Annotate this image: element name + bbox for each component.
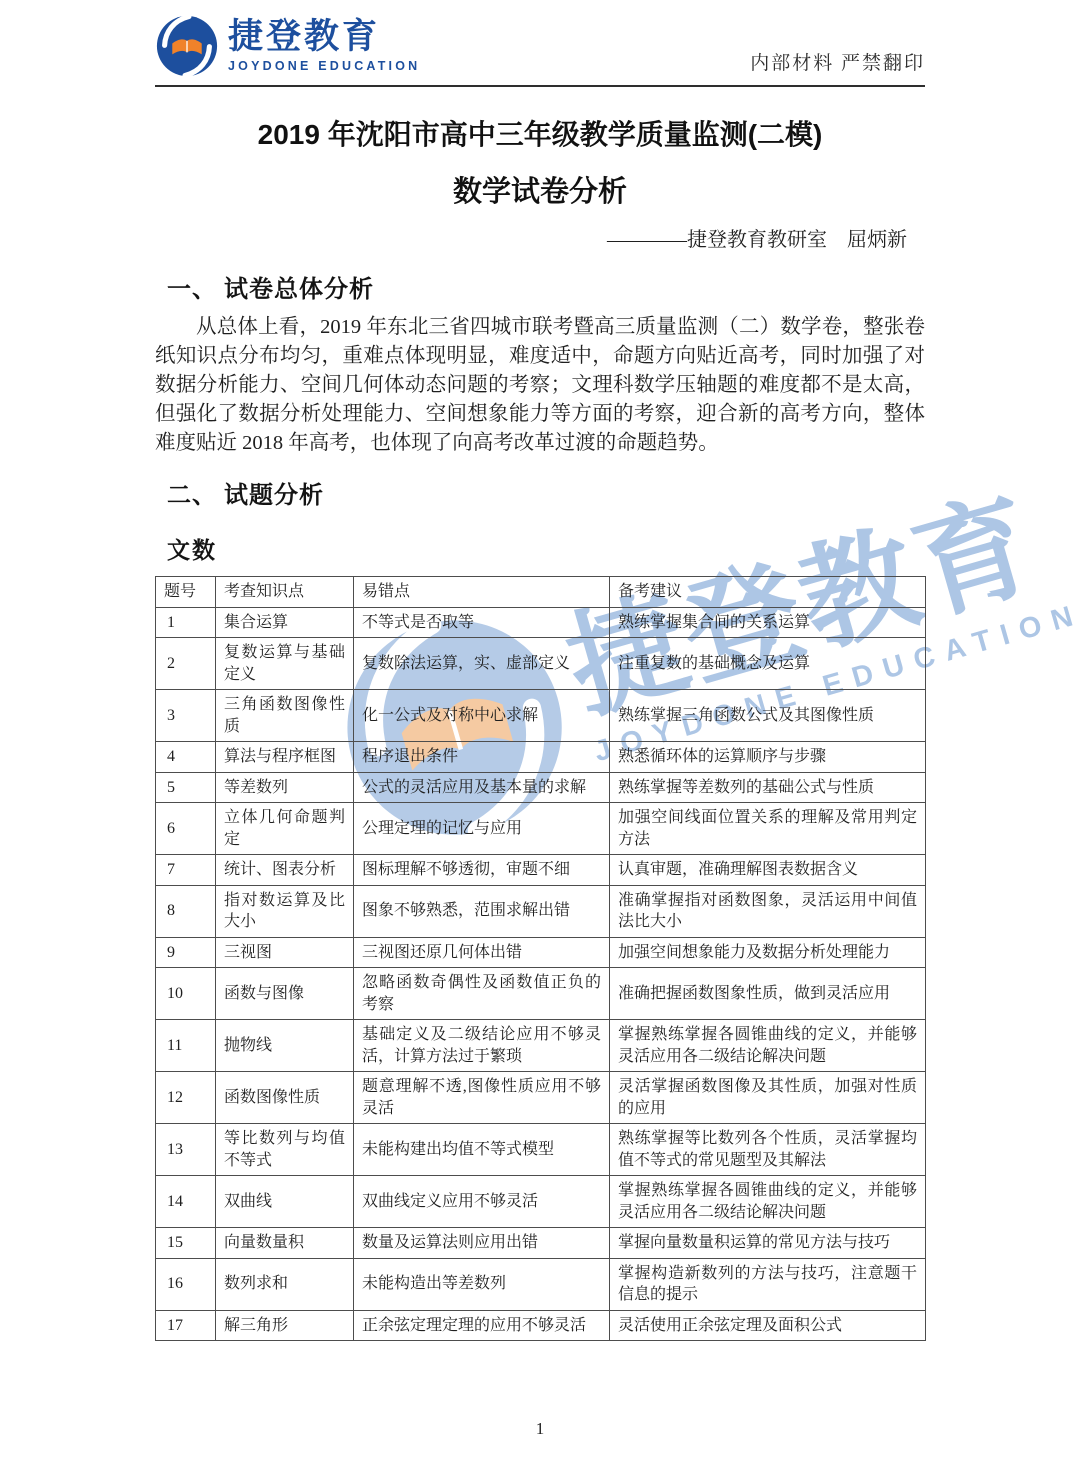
cell-knowledge-point: 指对数运算及比大小: [216, 885, 354, 937]
cell-error-prone-point: 双曲线定义应用不够灵活: [354, 1176, 610, 1228]
section-2-heading: 二、 试题分析: [155, 475, 925, 510]
cell-advice: 灵活掌握函数图像及其性质，加强对性质的应用: [610, 1072, 926, 1124]
table-row: 14双曲线双曲线定义应用不够灵活掌握熟练掌握各圆锥曲线的定义，并能够灵活应用各二…: [156, 1176, 926, 1228]
cell-question-number: 11: [156, 1020, 216, 1072]
cell-advice: 注重复数的基础概念及运算: [610, 638, 926, 690]
cell-advice: 掌握向量数量积运算的常见方法与技巧: [610, 1228, 926, 1259]
cell-question-number: 17: [156, 1310, 216, 1341]
cell-knowledge-point: 集合运算: [216, 607, 354, 638]
table-row: 5等差数列公式的灵活应用及基本量的求解熟练掌握等差数列的基础公式与性质: [156, 772, 926, 803]
exam-analysis-table: 题号 考查知识点 易错点 备考建议 1集合运算不等式是否取等熟练掌握集合间的关系…: [155, 576, 926, 1341]
cell-knowledge-point: 解三角形: [216, 1310, 354, 1341]
cell-error-prone-point: 不等式是否取等: [354, 607, 610, 638]
cell-question-number: 1: [156, 607, 216, 638]
cell-error-prone-point: 图象不够熟悉，范围求解出错: [354, 885, 610, 937]
table-row: 1集合运算不等式是否取等熟练掌握集合间的关系运算: [156, 607, 926, 638]
cell-error-prone-point: 公理定理的记忆与应用: [354, 803, 610, 855]
cell-error-prone-point: 三视图还原几何体出错: [354, 937, 610, 968]
company-logo-icon: [155, 14, 219, 78]
cell-error-prone-point: 正余弦定理定理的应用不够灵活: [354, 1310, 610, 1341]
cell-question-number: 5: [156, 772, 216, 803]
company-name-en: JOYDONE EDUCATION: [228, 59, 420, 73]
header-question-number: 题号: [156, 577, 216, 608]
page-number: 1: [0, 1419, 1080, 1439]
header-knowledge-point: 考查知识点: [216, 577, 354, 608]
table-row: 16数列求和未能构造出等差数列掌握构造新数列的方法与技巧，注意题干信息的提示: [156, 1258, 926, 1310]
document-page: 捷登教育 JOYDONE EDUCATION 内部材料 严禁翻印 2019 年沈…: [0, 0, 1080, 1341]
cell-error-prone-point: 基础定义及二级结论应用不够灵活，计算方法过于繁琐: [354, 1020, 610, 1072]
cell-advice: 熟悉循环体的运算顺序与步骤: [610, 742, 926, 773]
cell-knowledge-point: 数列求和: [216, 1258, 354, 1310]
cell-advice: 掌握熟练掌握各圆锥曲线的定义，并能够灵活应用各二级结论解决问题: [610, 1020, 926, 1072]
section-1-paragraph: 从总体上看，2019 年东北三省四城市联考暨高三质量监测（二）数学卷，整张卷纸知…: [155, 313, 925, 458]
table-row: 2复数运算与基础定义复数除法运算，实、虚部定义注重复数的基础概念及运算: [156, 638, 926, 690]
document-header: 捷登教育 JOYDONE EDUCATION 内部材料 严禁翻印: [155, 14, 925, 87]
cell-error-prone-point: 未能构建出均值不等式模型: [354, 1124, 610, 1176]
cell-error-prone-point: 忽略函数奇偶性及函数值正负的考察: [354, 968, 610, 1020]
cell-question-number: 12: [156, 1072, 216, 1124]
cell-question-number: 3: [156, 690, 216, 742]
table-row: 7统计、图表分析图标理解不够透彻，审题不细认真审题，准确理解图表数据含义: [156, 855, 926, 886]
cell-error-prone-point: 程序退出条件: [354, 742, 610, 773]
cell-knowledge-point: 函数图像性质: [216, 1072, 354, 1124]
cell-advice: 掌握构造新数列的方法与技巧，注意题干信息的提示: [610, 1258, 926, 1310]
cell-advice: 加强空间线面位置关系的理解及常用判定方法: [610, 803, 926, 855]
cell-knowledge-point: 三视图: [216, 937, 354, 968]
table-header-row: 题号 考查知识点 易错点 备考建议: [156, 577, 926, 608]
cell-knowledge-point: 三角函数图像性质: [216, 690, 354, 742]
cell-error-prone-point: 数量及运算法则应用出错: [354, 1228, 610, 1259]
cell-advice: 灵活使用正余弦定理及面积公式: [610, 1310, 926, 1341]
cell-knowledge-point: 向量数量积: [216, 1228, 354, 1259]
cell-error-prone-point: 公式的灵活应用及基本量的求解: [354, 772, 610, 803]
cell-knowledge-point: 统计、图表分析: [216, 855, 354, 886]
cell-knowledge-point: 双曲线: [216, 1176, 354, 1228]
cell-question-number: 15: [156, 1228, 216, 1259]
cell-question-number: 4: [156, 742, 216, 773]
cell-error-prone-point: 题意理解不透,图像性质应用不够灵活: [354, 1072, 610, 1124]
cell-error-prone-point: 未能构造出等差数列: [354, 1258, 610, 1310]
cell-advice: 掌握熟练掌握各圆锥曲线的定义，并能够灵活应用各二级结论解决问题: [610, 1176, 926, 1228]
company-logo: 捷登教育 JOYDONE EDUCATION: [155, 14, 420, 78]
table-row: 8指对数运算及比大小图象不够熟悉，范围求解出错准确掌握指对函数图象，灵活运用中间…: [156, 885, 926, 937]
table-row: 3三角函数图像性质化一公式及对称中心求解熟练掌握三角函数公式及其图像性质: [156, 690, 926, 742]
table-row: 4算法与程序框图程序退出条件熟悉循环体的运算顺序与步骤: [156, 742, 926, 773]
cell-advice: 加强空间想象能力及数据分析处理能力: [610, 937, 926, 968]
cell-question-number: 2: [156, 638, 216, 690]
section-1-heading: 一、 试卷总体分析: [155, 269, 925, 304]
cell-knowledge-point: 复数运算与基础定义: [216, 638, 354, 690]
exam-table-body: 1集合运算不等式是否取等熟练掌握集合间的关系运算2复数运算与基础定义复数除法运算…: [156, 607, 926, 1341]
cell-question-number: 10: [156, 968, 216, 1020]
cell-error-prone-point: 图标理解不够透彻，审题不细: [354, 855, 610, 886]
cell-advice: 熟练掌握等差数列的基础公式与性质: [610, 772, 926, 803]
cell-question-number: 6: [156, 803, 216, 855]
company-logo-text: 捷登教育 JOYDONE EDUCATION: [228, 19, 420, 73]
cell-question-number: 14: [156, 1176, 216, 1228]
cell-knowledge-point: 函数与图像: [216, 968, 354, 1020]
cell-error-prone-point: 复数除法运算，实、虚部定义: [354, 638, 610, 690]
cell-knowledge-point: 抛物线: [216, 1020, 354, 1072]
header-advice: 备考建议: [610, 577, 926, 608]
cell-advice: 熟练掌握集合间的关系运算: [610, 607, 926, 638]
cell-advice: 准确把握函数图象性质，做到灵活应用: [610, 968, 926, 1020]
cell-question-number: 8: [156, 885, 216, 937]
cell-question-number: 16: [156, 1258, 216, 1310]
cell-advice: 准确掌握指对函数图象，灵活运用中间值法比大小: [610, 885, 926, 937]
subsection-heading: 文数: [155, 532, 925, 565]
cell-error-prone-point: 化一公式及对称中心求解: [354, 690, 610, 742]
document-title: 2019 年沈阳市高中三年级教学质量监测(二模): [155, 113, 925, 153]
header-error-prone-point: 易错点: [354, 577, 610, 608]
document-subtitle: 数学试卷分析: [155, 169, 925, 210]
table-row: 17解三角形正余弦定理定理的应用不够灵活灵活使用正余弦定理及面积公式: [156, 1310, 926, 1341]
cell-question-number: 9: [156, 937, 216, 968]
cell-knowledge-point: 等比数列与均值不等式: [216, 1124, 354, 1176]
cell-question-number: 7: [156, 855, 216, 886]
cell-knowledge-point: 等差数列: [216, 772, 354, 803]
cell-advice: 认真审题，准确理解图表数据含义: [610, 855, 926, 886]
table-row: 13等比数列与均值不等式未能构建出均值不等式模型熟练掌握等比数列各个性质，灵活掌…: [156, 1124, 926, 1176]
confidential-notice: 内部材料 严禁翻印: [750, 48, 925, 78]
cell-knowledge-point: 算法与程序框图: [216, 742, 354, 773]
table-row: 9三视图三视图还原几何体出错加强空间想象能力及数据分析处理能力: [156, 937, 926, 968]
byline: ————捷登教育教研室 屈炳新: [155, 223, 925, 252]
table-row: 11抛物线基础定义及二级结论应用不够灵活，计算方法过于繁琐掌握熟练掌握各圆锥曲线…: [156, 1020, 926, 1072]
table-row: 12函数图像性质题意理解不透,图像性质应用不够灵活灵活掌握函数图像及其性质，加强…: [156, 1072, 926, 1124]
cell-advice: 熟练掌握等比数列各个性质，灵活掌握均值不等式的常见题型及其解法: [610, 1124, 926, 1176]
cell-knowledge-point: 立体几何命题判定: [216, 803, 354, 855]
table-row: 15向量数量积数量及运算法则应用出错掌握向量数量积运算的常见方法与技巧: [156, 1228, 926, 1259]
table-row: 6立体几何命题判定公理定理的记忆与应用加强空间线面位置关系的理解及常用判定方法: [156, 803, 926, 855]
cell-question-number: 13: [156, 1124, 216, 1176]
table-row: 10函数与图像忽略函数奇偶性及函数值正负的考察准确把握函数图象性质，做到灵活应用: [156, 968, 926, 1020]
company-name-cn: 捷登教育: [228, 19, 420, 56]
cell-advice: 熟练掌握三角函数公式及其图像性质: [610, 690, 926, 742]
